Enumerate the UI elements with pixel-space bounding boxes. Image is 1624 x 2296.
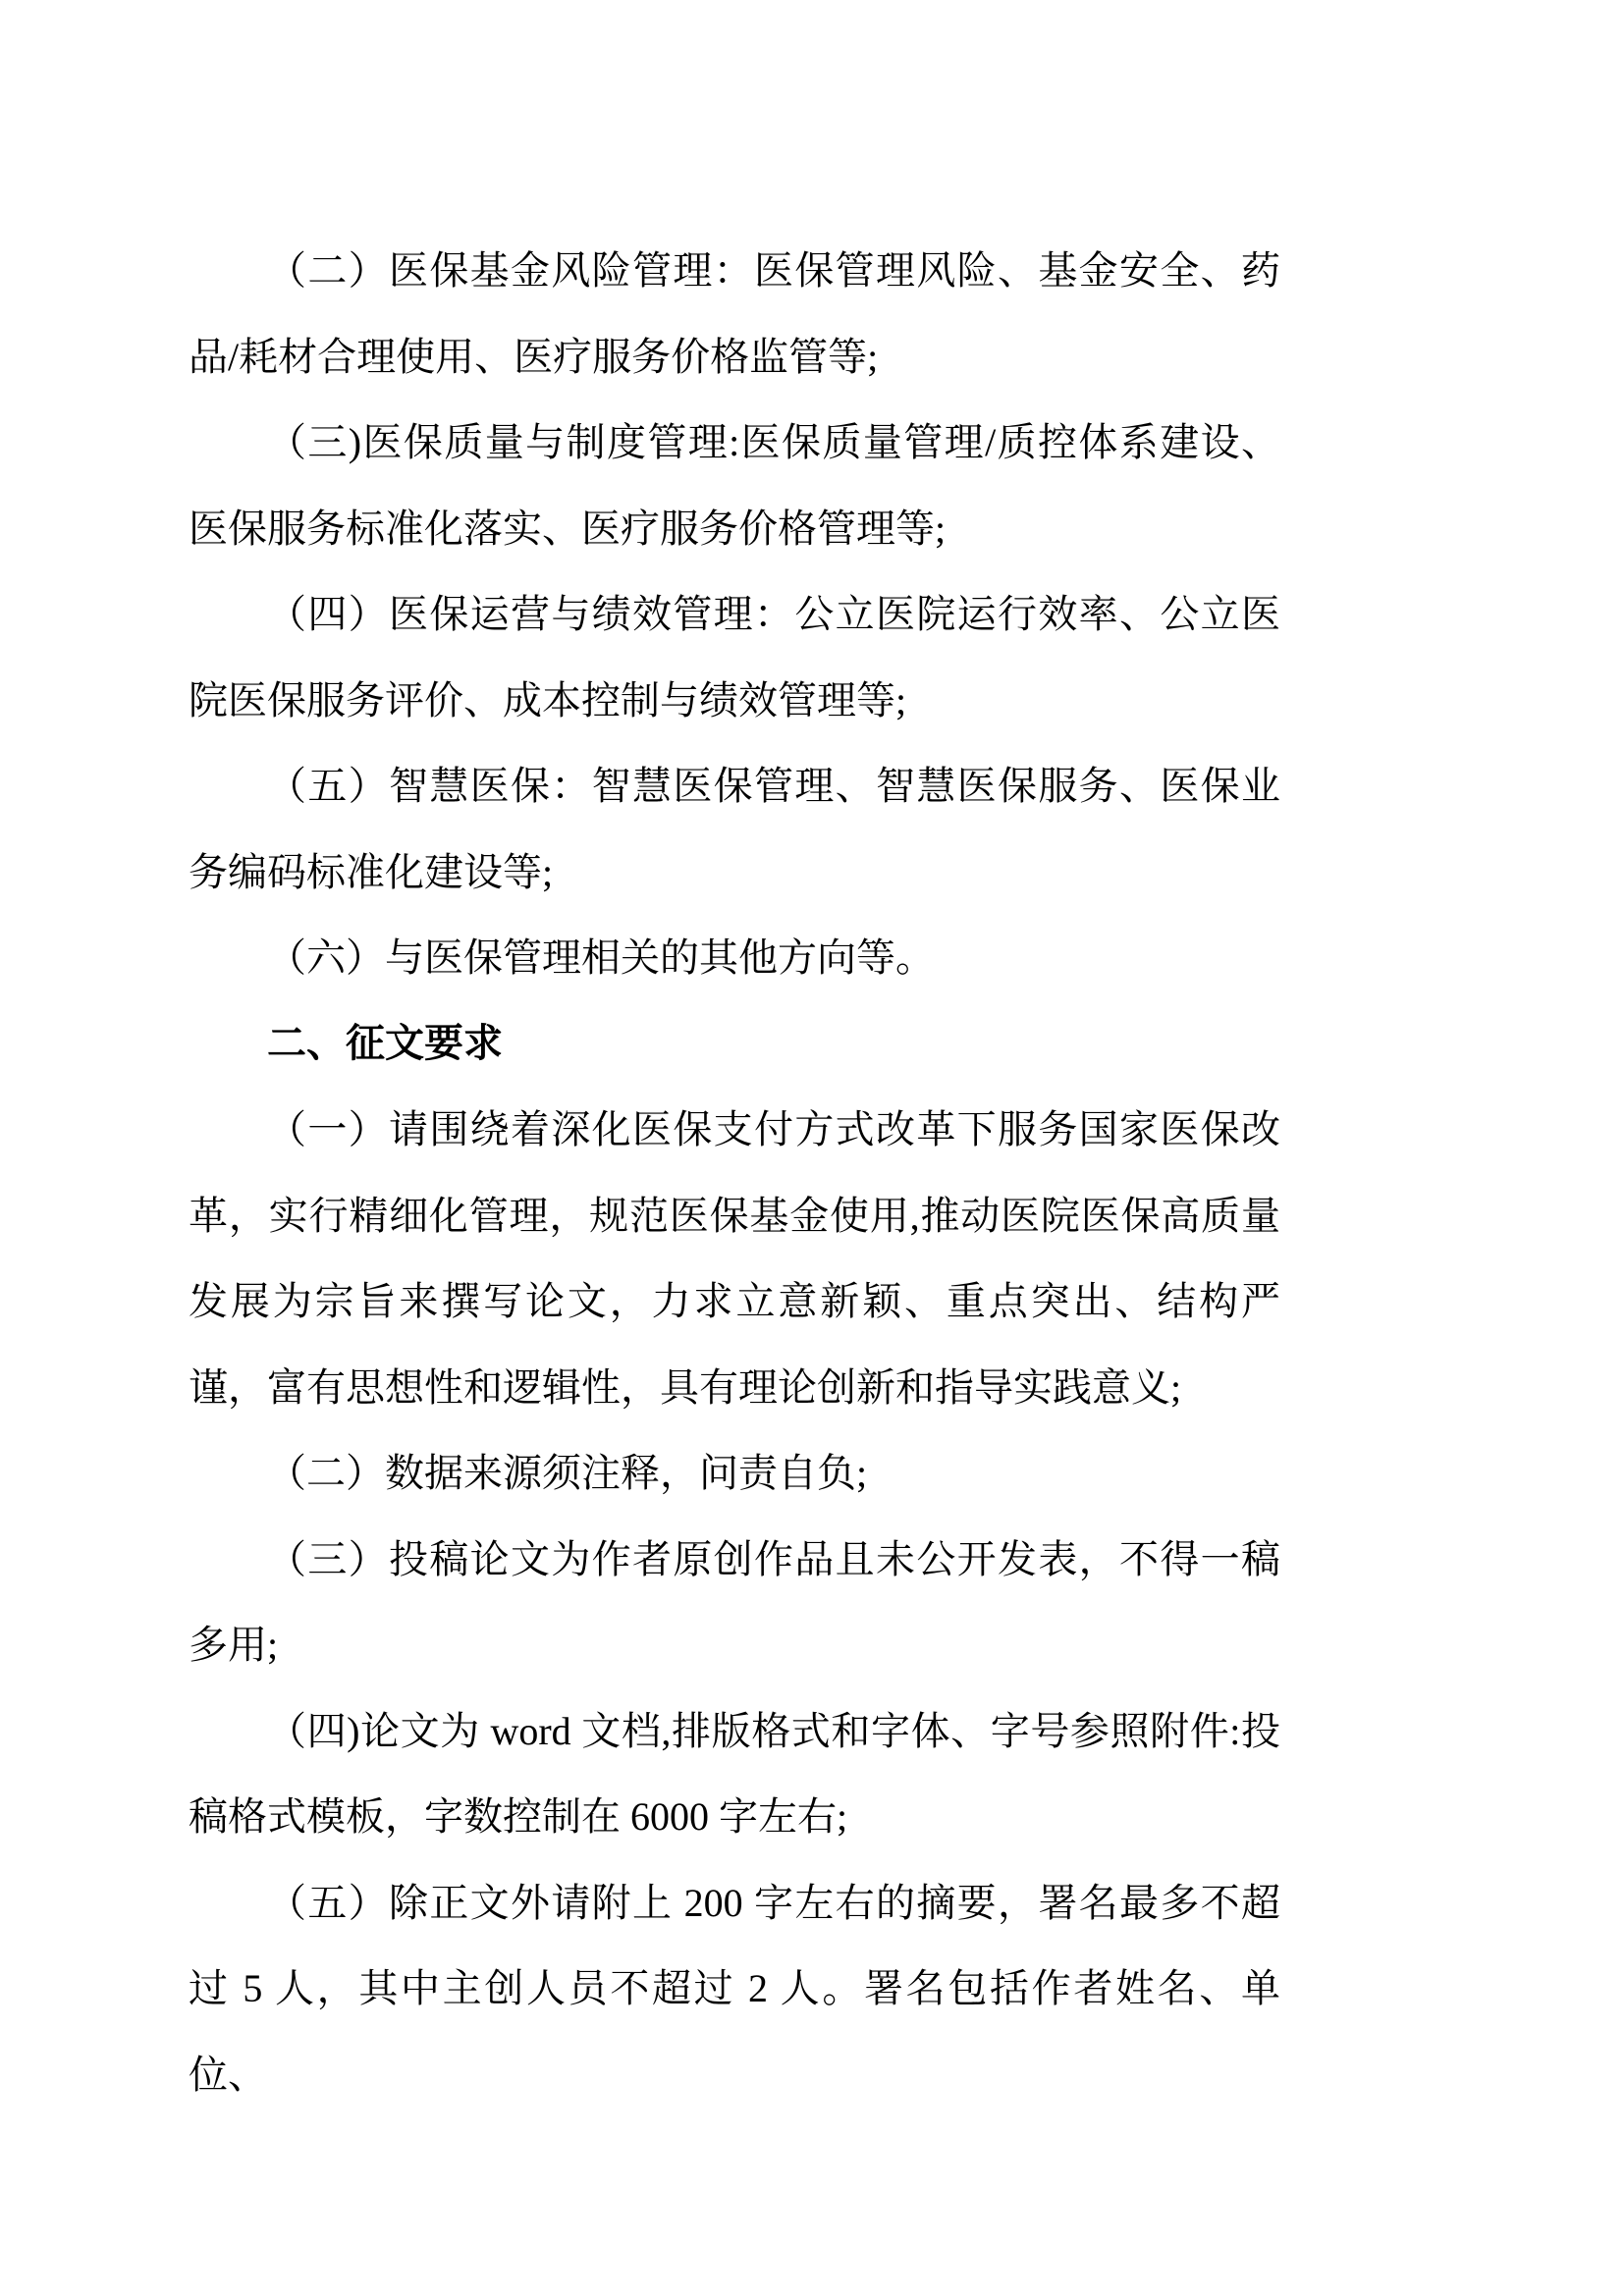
paragraph-topic-4: （四）医保运营与绩效管理：公立医院运行效率、公立医院医保服务评价、成本控制与绩效… — [189, 571, 1280, 743]
document-page: （二）医保基金风险管理：医保管理风险、基金安全、药品/耗材合理使用、医疗服务价格… — [0, 0, 1624, 2296]
section-heading: 二、征文要求 — [189, 1001, 1280, 1088]
paragraph-topic-2: （二）医保基金风险管理：医保管理风险、基金安全、药品/耗材合理使用、医疗服务价格… — [189, 228, 1280, 400]
document-text-block: （二）医保基金风险管理：医保管理风险、基金安全、药品/耗材合理使用、医疗服务价格… — [189, 228, 1280, 2117]
paragraph-topic-3: （三)医保质量与制度管理:医保质量管理/质控体系建设、医保服务标准化落实、医疗服… — [189, 400, 1280, 571]
paragraph-requirement-1: （一）请围绕着深化医保支付方式改革下服务国家医保改革，实行精细化管理，规范医保基… — [189, 1087, 1280, 1430]
paragraph-requirement-3: （三）投稿论文为作者原创作品且未公开发表，不得一稿多用; — [189, 1517, 1280, 1688]
paragraph-topic-6: （六）与医保管理相关的其他方向等。 — [189, 915, 1280, 1001]
paragraph-requirement-2: （二）数据来源须注释，问责自负; — [189, 1430, 1280, 1517]
paragraph-topic-5: （五）智慧医保：智慧医保管理、智慧医保服务、医保业务编码标准化建设等; — [189, 743, 1280, 915]
paragraph-requirement-5: （五）除正文外请附上 200 字左右的摘要，署名最多不超过 5 人，其中主创人员… — [189, 1860, 1280, 2118]
paragraph-requirement-4: （四)论文为 word 文档,排版格式和字体、字号参照附件:投稿格式模板，字数控… — [189, 1688, 1280, 1860]
